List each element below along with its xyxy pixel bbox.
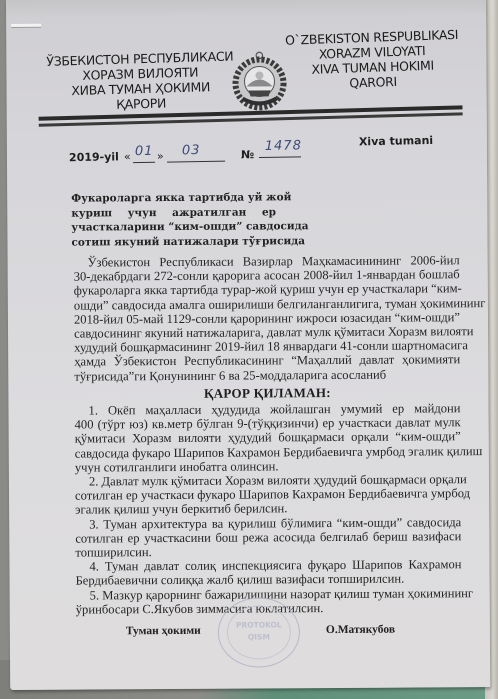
subject-line: участкаларини “ким-ошди” савдосида	[71, 219, 277, 235]
date-number-row: 2019-yil « 01 » 03 № 1478	[69, 140, 369, 167]
number-underline	[259, 156, 301, 158]
number-value: 1478	[265, 138, 302, 154]
page-top-shadow	[6, 0, 486, 18]
subject-line: Фукароларга якка тартибда уй жой	[71, 190, 277, 206]
subject-title: Фукароларга якка тартибда уй жой куриш у…	[71, 190, 277, 249]
decree-heading: ҚАРОР ҚИЛАМАН:	[74, 385, 460, 402]
preamble-line: тўғрисида”ги Қонунининг 6 ва 25-моддалар…	[74, 367, 460, 384]
month-value: 03	[182, 143, 201, 158]
item-line: сотилган ер участкасини бош режа асосида…	[75, 529, 461, 546]
document-body: Ўзбекистон Республикаси Вазирлар Маҳкама…	[74, 253, 462, 616]
month-underline	[167, 161, 225, 163]
number-label: №	[241, 148, 254, 161]
header-cyrillic: ЎЗБЕКИСТОН РЕСПУБЛИКАСИ ХОРАЗМ ВИЛОЯТИ Х…	[42, 48, 240, 114]
document-page: ЎЗБЕКИСТОН РЕСПУБЛИКАСИ ХОРАЗМ ВИЛОЯТИ Х…	[6, 0, 490, 690]
corner-mark	[11, 24, 41, 28]
subject-line: куриш учун ажратилган ер	[71, 205, 277, 221]
signatory-title: Туман ҳокими	[126, 625, 201, 637]
official-stamp: PROTOKOL QISM	[218, 597, 300, 667]
signatory-name: О.Матякубов	[326, 624, 395, 636]
stamp-text: QISM	[219, 632, 299, 641]
day-value: 01	[135, 144, 154, 159]
subject-line: сотиш якуний натижалари тўғрисида	[71, 234, 277, 250]
close-quote: »	[157, 150, 164, 163]
preamble-line: ҳамда Ўзбекистон Республикасининг “Маҳал…	[74, 353, 460, 370]
header-latin: O`ZBEKISTON RESPUBLIKASI XORAZM VILOYATI…	[271, 26, 473, 93]
open-quote: «	[124, 150, 131, 163]
year-label: 2019-yil	[69, 150, 119, 164]
item-line: савдосида фукаро Шарипов Кахрамон Бердиб…	[75, 444, 461, 461]
item-line: сотилган ер участкаси фукаро Шарипов Ках…	[75, 486, 461, 503]
stamp-text: PROTOKOL	[219, 620, 299, 629]
place-label: Xiva tumani	[359, 134, 433, 148]
day-underline	[133, 162, 155, 163]
